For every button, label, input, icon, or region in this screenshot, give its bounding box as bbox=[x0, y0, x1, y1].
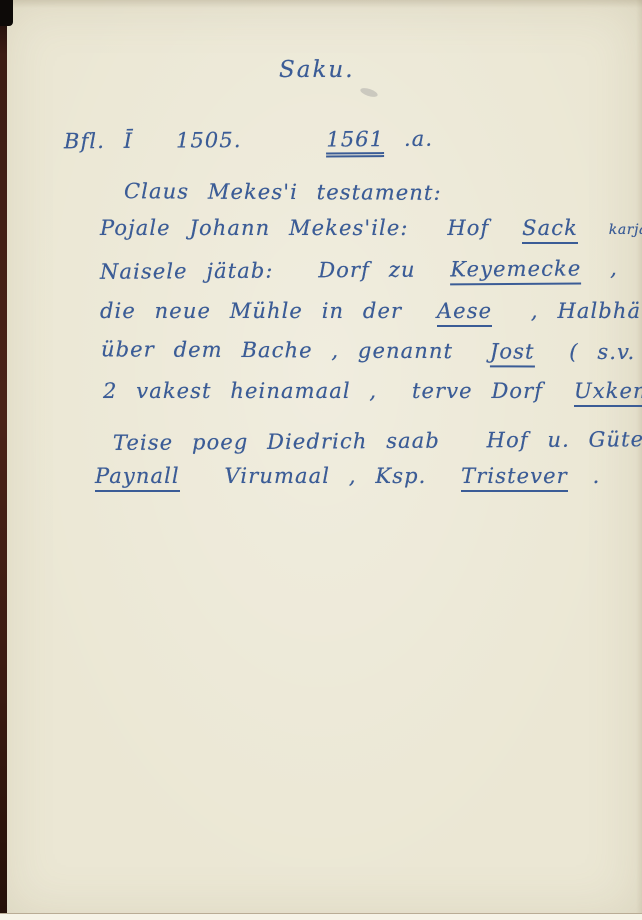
title-text: Saku. bbox=[279, 57, 355, 83]
year-1505: 1505. bbox=[176, 128, 242, 152]
handwritten-line: 2 vakest heinamaal , terve Dorf Uxkenorm bbox=[103, 379, 642, 407]
testament-heading: Claus Mekes'i testament: bbox=[124, 179, 442, 205]
handwritten-line: Pojale Johann Mekes'ile: Hof Sack karjag… bbox=[100, 216, 642, 244]
year-suffix: .a. bbox=[404, 127, 433, 151]
volume-ref: Bfl. Ī bbox=[64, 129, 133, 153]
underlined-word-tristever: Tristever bbox=[461, 464, 568, 492]
ink-smudge bbox=[359, 86, 378, 98]
handwritten-line: Paynall Virumaal , Ksp. Tristever . bbox=[95, 464, 600, 492]
small-annotation: karjaga. bbox=[609, 222, 642, 238]
page-title: Saku. bbox=[279, 57, 355, 83]
line-text: Teise poeg Diedrich saab bbox=[113, 429, 440, 455]
handwritten-line: die neue Mühle in der Aese , Halbhäuer bbox=[100, 299, 642, 327]
line-text: , bbox=[610, 256, 618, 280]
line-text: Pojale Johann Mekes'ile: bbox=[100, 216, 409, 240]
line-text: über dem Bache , genannt bbox=[101, 337, 453, 363]
line-text: Dorf zu bbox=[318, 258, 415, 283]
line-text: , Halbhäuer bbox=[531, 299, 642, 323]
handwritten-line: Teise poeg Diedrich saab Hof u. Güter bbox=[113, 427, 642, 455]
reference-line: Bfl. Ī 1505. 1561 .a. bbox=[64, 127, 433, 160]
year-1561-double-underlined: 1561 bbox=[326, 127, 384, 157]
line-text: Virumaal , Ksp. bbox=[225, 464, 427, 488]
page-bottom-edge bbox=[0, 913, 642, 920]
handwritten-line: über dem Bache , genannt Jost ( s.v. Joo… bbox=[101, 337, 642, 368]
spine-corner-shadow bbox=[0, 0, 13, 26]
line-text: terve Dorf bbox=[412, 379, 543, 403]
heading-line: Claus Mekes'i testament: bbox=[124, 179, 442, 205]
line-text: Hof u. Güter bbox=[487, 427, 642, 452]
document-page: Saku. Bfl. Ī 1505. 1561 .a. Claus Mekes'… bbox=[0, 0, 642, 920]
underlined-word-aese: Aese bbox=[437, 299, 492, 327]
underlined-word-keyemecke: Keyemecke bbox=[450, 256, 581, 285]
underlined-word-jost: Jost bbox=[490, 339, 535, 367]
line-text: . bbox=[593, 464, 601, 488]
book-spine-edge bbox=[0, 0, 7, 920]
underlined-word-paynall: Paynall bbox=[95, 464, 180, 492]
parenthetical-note: ( s.v. Joosti ), bbox=[569, 340, 642, 365]
line-text: Hof bbox=[447, 216, 489, 240]
underlined-word-uxkenorm: Uxkenorm bbox=[574, 379, 642, 407]
handwritten-line: Naisele jätab: Dorf zu Keyemecke , bbox=[100, 256, 618, 288]
line-text: die neue Mühle in der bbox=[100, 299, 402, 323]
line-text: Naisele jätab: bbox=[100, 259, 274, 284]
line-text: 2 vakest heinamaal , bbox=[103, 379, 377, 403]
underlined-word-sack: Sack bbox=[522, 216, 578, 244]
